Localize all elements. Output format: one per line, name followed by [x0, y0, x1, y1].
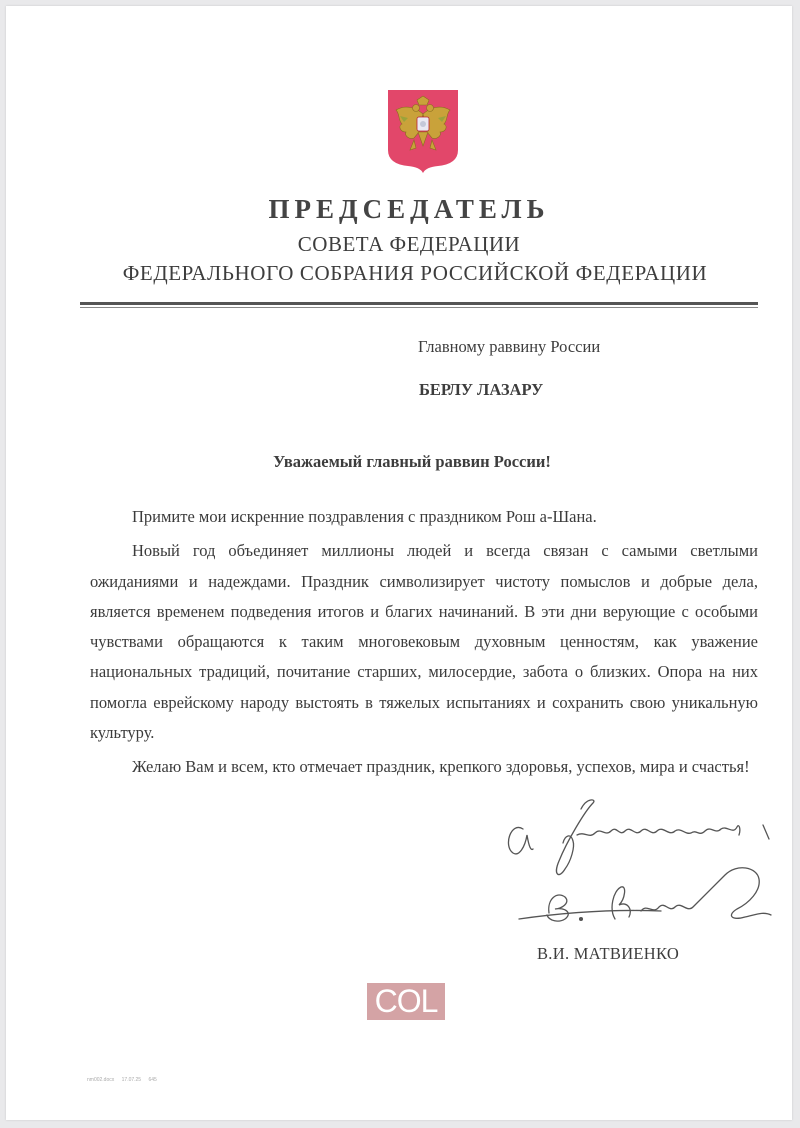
- letterhead-title: ПРЕДСЕДАТЕЛЬ: [16, 194, 800, 225]
- body-paragraph: Новый год объединяет миллионы людей и вс…: [90, 536, 758, 748]
- body-paragraph: Желаю Вам и всем, кто отмечает праздник,…: [90, 752, 758, 782]
- salutation: Уважаемый главный раввин России!: [6, 452, 792, 472]
- addressee-name: БЕРЛУ ЛАЗАРУ: [419, 380, 543, 400]
- letterhead-rule-thin: [80, 307, 758, 308]
- body-paragraph: Примите мои искренние поздравления с пра…: [90, 502, 758, 532]
- col-watermark: COL: [367, 983, 445, 1020]
- letterhead-subtitle-2: ФЕДЕРАЛЬНОГО СОБРАНИЯ РОССИЙСКОЙ ФЕДЕРАЦ…: [22, 261, 800, 286]
- letterhead-rule-thick: [80, 302, 758, 305]
- handwritten-signature-icon: [501, 791, 791, 941]
- letterhead-subtitle-1: СОВЕТА ФЕДЕРАЦИИ: [16, 232, 800, 257]
- addressee-title: Главному раввину России: [418, 337, 600, 357]
- coat-of-arms-icon: [386, 88, 460, 174]
- letter-page: ПРЕДСЕДАТЕЛЬ СОВЕТА ФЕДЕРАЦИИ ФЕДЕРАЛЬНО…: [6, 6, 792, 1120]
- footer-document-code: nm002.docx 17.07.25 645: [87, 1077, 157, 1083]
- signer-name: В.И. МАТВИЕНКО: [537, 944, 679, 964]
- letter-body: Примите мои искренние поздравления с пра…: [90, 502, 758, 787]
